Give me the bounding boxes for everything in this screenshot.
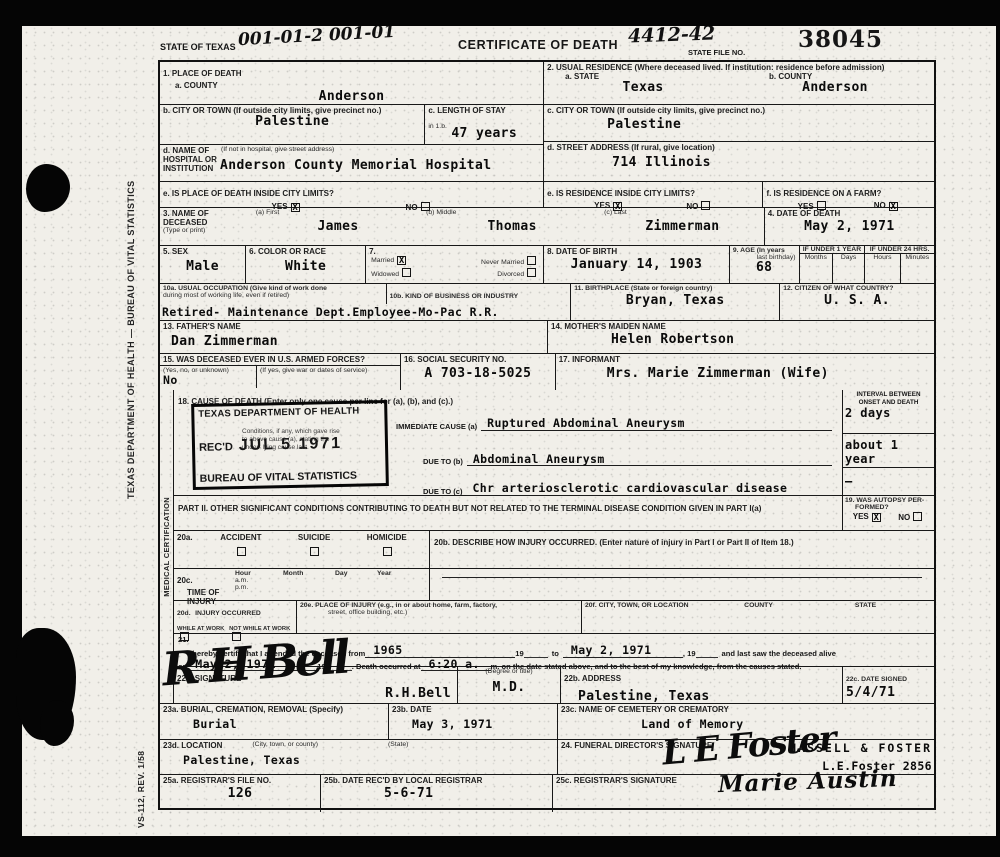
months-label: Months	[800, 254, 832, 283]
scan-edge-right	[996, 0, 1000, 857]
date-signed-field: 22c. DATE SIGNED 5/4/71	[842, 667, 934, 703]
state-label: STATE OF TEXAS	[160, 42, 236, 52]
if-under-1-year-field: IF UNDER 1 YEAR Months Days	[799, 246, 865, 283]
ssn-field: 16. SOCIAL SECURITY NO. A 703-18-5025	[400, 354, 555, 390]
burial-type-value: Burial	[163, 714, 385, 731]
birthplace-value: Bryan, Texas	[574, 292, 776, 319]
birthplace-field: 11. BIRTHPLACE (State or foreign country…	[570, 284, 779, 320]
father-name-value: Dan Zimmerman	[163, 331, 544, 352]
married-option: MarriedX	[371, 256, 408, 266]
date-of-death-field: 4. DATE OF DEATH May 2, 1971	[764, 208, 934, 245]
age-value: 68	[733, 261, 796, 275]
state-file-number: 38045	[798, 26, 883, 53]
checkbox-empty	[383, 547, 392, 556]
informant-value: Mrs. Marie Zimmerman (Wife)	[559, 364, 931, 389]
part2-field: PART II. OTHER SIGNIFICANT CONDITIONS CO…	[174, 496, 842, 530]
residence-county-value: Anderson	[739, 81, 931, 95]
attended-from-value: 1965	[365, 644, 515, 658]
yes-option: YESX	[853, 512, 883, 522]
interval-c-value: —	[843, 468, 934, 495]
burial-type-field: 23a. BURIAL, CREMATION, REMOVAL (Specify…	[160, 704, 388, 739]
armed-forces-value: No	[163, 374, 253, 387]
pm-label: p.m.	[235, 584, 277, 591]
checkbox-empty	[527, 256, 536, 265]
handwritten-code: 001-01-2 001-01	[238, 22, 396, 50]
cause-a-value: Ruptured Abdominal Aneurysm	[481, 417, 832, 431]
field-label: HOSPITAL OR	[163, 155, 217, 164]
empty-cell	[429, 569, 934, 600]
field-label: d. STREET ADDRESS (If rural, give locati…	[547, 143, 931, 152]
field-label: d. NAME OF	[163, 146, 217, 155]
mother-name-value: Helen Robertson	[551, 331, 931, 347]
section-usual-residence: 2. USUAL RESIDENCE (Where deceased lived…	[543, 62, 934, 207]
father-name-field: 13. FATHER'S NAME Dan Zimmerman	[160, 321, 547, 353]
last-name-value: Zimmerman	[604, 216, 761, 244]
sex-value: Male	[163, 256, 242, 282]
scan-edge-bottom	[0, 836, 1000, 857]
checkbox-empty	[237, 547, 246, 556]
business-label: 10b. KIND OF BUSINESS OR INDUSTRY	[390, 293, 519, 300]
if-under-24-hrs-field: IF UNDER 24 HRS. Hours Minutes	[864, 246, 934, 283]
field-label: INSTITUTION	[163, 164, 217, 173]
last-name-field: (c) Last Zimmerman	[601, 208, 764, 245]
certificate-header: STATE OF TEXAS 001-01-2 001-01 CERTIFICA…	[158, 24, 968, 58]
name-of-deceased-label: 3. NAME OF DECEASED (Type or print)	[160, 208, 253, 245]
cemetery-value: Land of Memory	[561, 714, 931, 731]
funeral-director-typed-name: L.E.Foster 2856	[822, 760, 932, 773]
sex-field: 5. SEX Male	[160, 246, 245, 283]
residence-city-value: Palestine	[547, 118, 931, 132]
burial-location-value: Palestine, Texas	[163, 750, 554, 767]
date-received-value: 5-6-71	[324, 785, 549, 801]
registrar-file-value: 126	[163, 785, 317, 801]
minutes-label: Minutes	[900, 254, 934, 283]
mother-name-field: 14. MOTHER'S MAIDEN NAME Helen Robertson	[547, 321, 934, 353]
cause-c-value: Chr arteriosclerotic cardiovascular dise…	[466, 482, 832, 496]
field-label: 2. USUAL RESIDENCE (Where deceased lived…	[547, 63, 931, 72]
field-label: e. IS PLACE OF DEATH INSIDE CITY LIMITS?	[163, 189, 334, 198]
handwritten-file-number: 4412-42	[628, 22, 716, 47]
age-field: 9. AGE (In years last birthday) 68	[729, 246, 799, 283]
checkbox-empty	[402, 268, 411, 277]
due-to-c-label: DUE TO (c)	[423, 487, 466, 496]
date-of-birth-field: 8. DATE OF BIRTH January 14, 1903	[543, 246, 729, 283]
middle-name-field: (b) Middle Thomas	[423, 208, 601, 245]
certificate-form: 1. PLACE OF DEATH a. COUNTY Anderson b. …	[158, 60, 936, 810]
checkbox-checked: X	[397, 256, 406, 265]
field-label: c. CITY OR TOWN (If outside city limits,…	[547, 106, 931, 115]
date-of-birth-value: January 14, 1903	[547, 256, 726, 282]
race-value: White	[249, 256, 362, 282]
injury-location-field: 20f. CITY, TOWN, OR LOCATION COUNTY STAT…	[581, 601, 934, 633]
hours-label: Hours	[865, 254, 899, 283]
side-agency-text: TEXAS DEPARTMENT OF HEALTH — BUREAU OF V…	[126, 100, 136, 580]
injury-occurred-field: 20d. INJURY OCCURRED WHILE AT WORK NOT W…	[174, 601, 296, 633]
autopsy-field: 19. WAS AUTOPSY PER- FORMED? YESX NO	[842, 496, 934, 530]
place-of-injury-field: 20e. PLACE OF INJURY (e.g., in or about …	[296, 601, 581, 633]
burial-location-field: 23d. LOCATION (City, town, or county) (S…	[160, 740, 557, 774]
field-note: in 1.b.	[428, 123, 447, 130]
scanned-death-certificate-page: { "header": { "state_label": "STATE OF T…	[0, 0, 1000, 857]
checkbox-empty	[913, 512, 922, 521]
burial-date-field: 23b. DATE May 3, 1971	[388, 704, 557, 739]
state-header: STATE	[855, 602, 876, 632]
cemetery-field: 23c. NAME OF CEMETERY OR CREMATORY Land …	[557, 704, 934, 739]
first-name-value: James	[256, 216, 420, 244]
medical-certification-label: MEDICAL CERTIFICATION	[162, 497, 171, 597]
suicide-option: SUICIDE	[298, 533, 330, 560]
field-label: f. IS RESIDENCE ON A FARM?	[766, 189, 881, 198]
time-of-injury-field: 20c. TIME OF INJURY Hour a.m. p.m. Month…	[174, 569, 429, 600]
no-option: NO	[898, 512, 924, 522]
attended-to-value: May 2, 1971	[563, 644, 683, 658]
not-while-at-work-option: NOT WHILE AT WORK	[229, 626, 293, 642]
divorced-option: Divorced	[497, 268, 538, 278]
month-label: Month	[280, 569, 332, 600]
degree-value: M.D.	[461, 681, 557, 695]
year-label: Year	[374, 569, 419, 600]
physician-address-value: Palestine, Texas	[564, 686, 839, 704]
citizen-field: 12. CITIZEN OF WHAT COUNTRY? U. S. A.	[779, 284, 934, 320]
certificate-title: CERTIFICATE OF DEATH	[458, 38, 618, 52]
state-file-no-label: STATE FILE NO.	[688, 48, 745, 57]
citizen-value: U. S. A.	[783, 292, 931, 319]
checkbox-empty	[527, 268, 536, 277]
interval-b-value: about 1 year	[843, 434, 934, 467]
side-form-number: VS-112, REV. 1/58	[136, 688, 146, 828]
hour-label: Hour	[235, 570, 277, 577]
race-field: 6. COLOR OR RACE White	[245, 246, 365, 283]
section-place-of-death: 1. PLACE OF DEATH a. COUNTY Anderson b. …	[160, 62, 543, 207]
occupation-value: Retired- Maintenance Dept.Employee-Mo-Pa…	[162, 306, 499, 319]
funeral-director-field: 24. FUNERAL DIRECTOR'S SIGNATURE HASSELL…	[557, 740, 934, 774]
county-header: COUNTY	[744, 602, 855, 632]
widowed-option: Widowed	[371, 268, 413, 278]
degree-field: (Degree or title) M.D.	[457, 667, 560, 703]
registrar-file-field: 25a. REGISTRAR'S FILE NO. 126	[160, 775, 320, 812]
immediate-cause-label: IMMEDIATE CAUSE (a)	[396, 422, 481, 431]
medical-certification-section: MEDICAL CERTIFICATION 18. CAUSE OF DEATH…	[160, 390, 934, 703]
cause-b-value: Abdominal Aneurysm	[467, 453, 832, 467]
received-stamp: TEXAS DEPARTMENT OF HEALTH REC'D JUL 5 1…	[191, 400, 389, 490]
physician-signature-field: 22a. SIGNATURE R.H.Bell	[174, 667, 457, 703]
hospital-value: Anderson County Memorial Hospital	[220, 159, 491, 173]
date-of-death-value: May 2, 1971	[768, 218, 931, 244]
never-married-option: Never Married	[481, 256, 538, 266]
burial-date-value: May 3, 1971	[392, 714, 554, 731]
checkbox-empty	[232, 632, 241, 641]
place-county-value: Anderson	[163, 90, 540, 104]
blank	[524, 657, 548, 658]
interval-column: INTERVAL BETWEEN ONSET AND DEATH 2 days …	[842, 390, 934, 495]
field-label: e. IS RESIDENCE INSIDE CITY LIMITS?	[547, 189, 695, 198]
accident-option: ACCIDENT	[220, 533, 261, 560]
field-label: c. LENGTH OF STAY	[428, 106, 540, 115]
funeral-home-name: HASSELL & FOSTER	[789, 742, 932, 755]
blank	[696, 657, 718, 658]
checkbox-empty	[310, 547, 319, 556]
how-injury-occurred-field: 20b. DESCRIBE HOW INJURY OCCURRED. (Ente…	[429, 531, 934, 568]
homicide-option: HOMICIDE	[367, 533, 407, 560]
date-received-field: 25b. DATE REC'D BY LOCAL REGISTRAR 5-6-7…	[320, 775, 552, 812]
due-to-b-label: DUE TO (b)	[423, 457, 467, 466]
date-signed-value: 5/4/71	[846, 686, 931, 700]
place-city-value: Palestine	[163, 115, 421, 129]
registrar-signature-field: 25c. REGISTRAR'S SIGNATURE	[552, 775, 934, 812]
manner-field: 20a. ACCIDENT SUICIDE HOMICIDE	[174, 531, 429, 568]
occupation-field: 10a. USUAL OCCUPATION (Give kind of work…	[160, 284, 570, 320]
scan-edge-left	[0, 0, 22, 857]
medical-certification-strip: MEDICAL CERTIFICATION	[160, 390, 174, 703]
first-name-field: (a) First James	[253, 208, 423, 245]
days-label: Days	[832, 254, 864, 283]
armed-forces-field: 15. WAS DECEASED EVER IN U.S. ARMED FORC…	[160, 354, 400, 390]
physician-address-field: 22b. ADDRESS Palestine, Texas	[560, 667, 842, 703]
physician-typed-name: R.H.Bell	[385, 687, 451, 701]
marital-status-field: 7. MarriedX Never Married Widowed Divorc…	[365, 246, 543, 283]
cause-of-death-field: 18. CAUSE OF DEATH (Enter only one cause…	[174, 390, 934, 495]
am-label: a.m.	[235, 577, 277, 584]
interval-a-value: 2 days	[843, 406, 934, 434]
ssn-value: A 703-18-5025	[404, 364, 552, 389]
street-address-value: 714 Illinois	[547, 156, 931, 170]
checkbox-checked: X	[872, 513, 881, 522]
residence-state-value: Texas	[547, 81, 739, 95]
middle-name-value: Thomas	[426, 216, 598, 244]
day-label: Day	[332, 569, 374, 600]
field-label: 1. PLACE OF DEATH	[163, 69, 242, 78]
informant-field: 17. INFORMANT Mrs. Marie Zimmerman (Wife…	[555, 354, 934, 390]
scan-edge-top	[0, 0, 1000, 26]
